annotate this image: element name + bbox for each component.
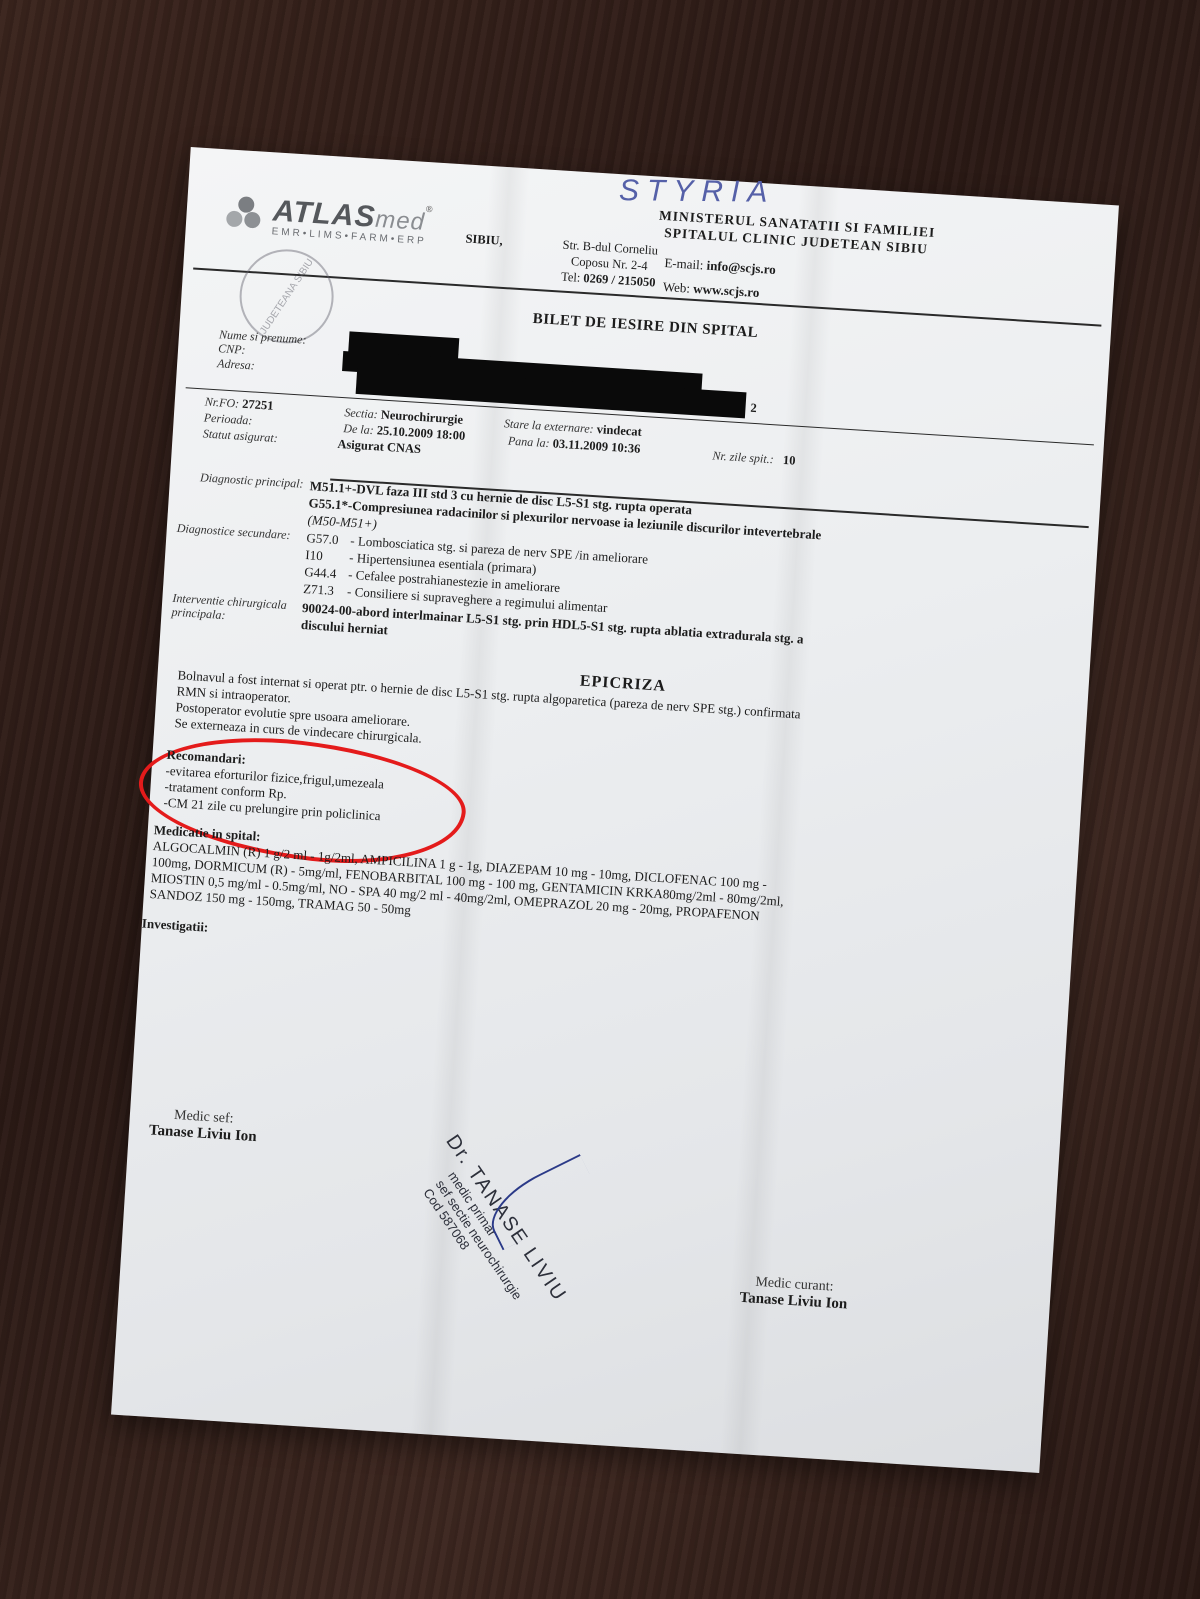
fo-value: 27251 [242,397,274,413]
logo-brand-suffix: med [375,206,426,236]
from-label: De la: [343,421,374,437]
web-label: Web: [662,279,690,296]
recommendations-block: Recomandari: -evitarea eforturilor fizic… [163,747,385,825]
fo-label: Nr.FO: [204,394,239,410]
city: SIBIU, [465,232,503,248]
phone-value: 0269 / 215050 [583,271,656,290]
address-tail: 2 [750,401,757,416]
discharge-document: STYRIA ATLASmed® EMR•LIMS•FARM•ERP MINIS… [111,147,1119,1473]
email-label: E-mail: [664,255,704,272]
insurance-label: Statut asigurat: [202,426,278,445]
days-label: Nr. zile spit.: [712,448,774,466]
web-value: www.scjs.ro [693,281,760,300]
period-label: Perioada: [203,410,252,427]
paper-crease [720,185,840,1455]
section-label: Sectia: [344,405,378,421]
cnp-label: CNP: [218,341,246,358]
logo-dots-icon [226,195,266,231]
hospital-address: SIBIU, Str. B-dul Corneliu Coposu Nr. 2-… [465,231,503,249]
handwritten-note: STYRIA [619,174,776,210]
principal-diagnosis-label: Diagnostic principal: [200,470,304,491]
email-value: info@scjs.ro [706,258,776,277]
medication-block: Medicatie in spital: ALGOCALMIN (R) 1 g/… [149,822,1072,960]
atlasmed-logo: ATLASmed® EMR•LIMS•FARM•ERP [225,191,433,247]
registered-mark: ® [426,204,434,214]
days-value: 10 [783,453,796,468]
secondary-diagnosis-label: Diagnostice secundare: [176,521,291,543]
to-value: 03.11.2009 10:36 [552,436,641,455]
phone-label: Tel: [561,270,581,285]
discharge-state-label: Stare la externare: [504,416,594,436]
attending-physician-signature: Medic curant: Tanase Liviu Ion [739,1274,849,1314]
surgery-label: Interventie chirurgicala principala: [171,591,287,626]
address-label: Adresa: [217,356,255,373]
investigations-title: Investigatii: [141,916,208,936]
discharge-state-value: vindecat [596,422,642,439]
to-label: Pana la: [508,434,550,451]
chief-physician-signature: Medic sef: Tanase Liviu Ion [148,1106,258,1146]
